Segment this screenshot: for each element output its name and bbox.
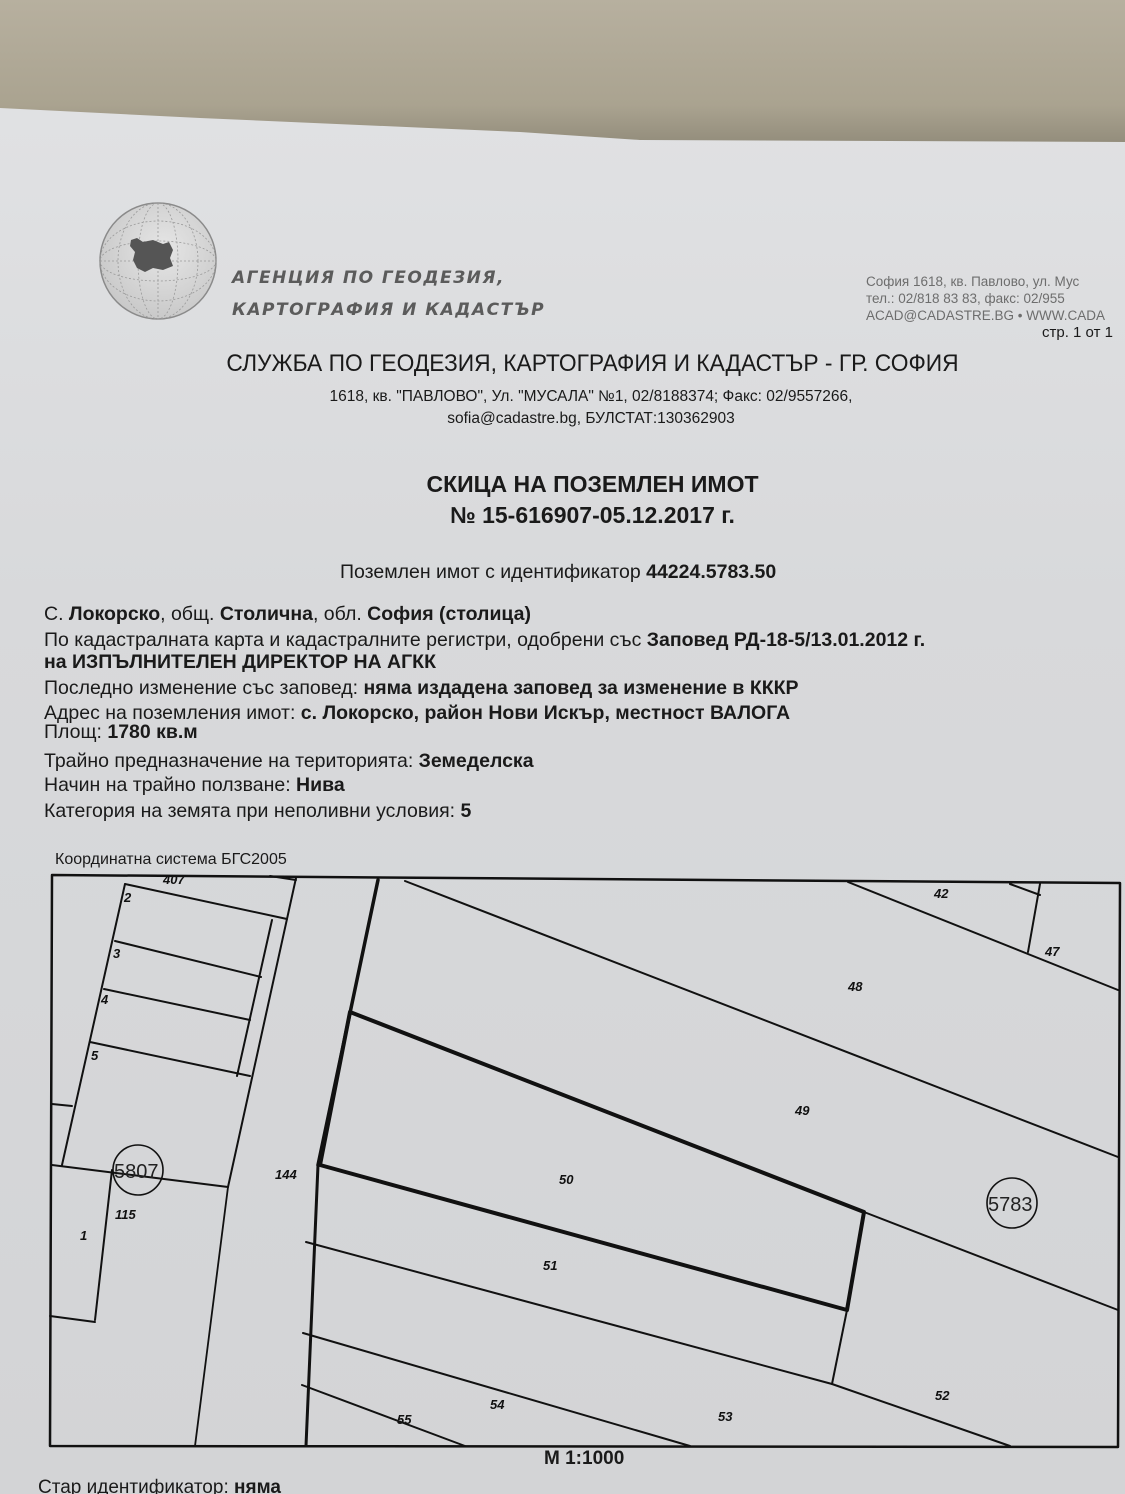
parcel-label-51: 51 [543,1258,557,1273]
parcel-label-52: 52 [935,1388,950,1403]
old-identifier-value: няма [234,1477,281,1494]
parcel-label-50: 50 [559,1172,574,1187]
document-sheet: АГЕНЦИЯ ПО ГЕОДЕЗИЯ, КАРТОГРАФИЯ И КАДАС… [0,0,1125,1494]
parcel-label-4: 4 [100,992,109,1007]
parcel-label-54: 54 [490,1397,505,1412]
parcel-label-115: 115 [115,1207,136,1222]
zone-5783-label: 5783 [988,1194,1033,1216]
parcel-label-47: 47 [1044,944,1060,959]
map-scale: М 1:1000 [544,1448,624,1470]
parcel-label-53: 53 [718,1409,733,1424]
parcel-label-407: 407 [162,872,185,887]
parcel-label-5: 5 [91,1048,99,1063]
old-identifier-line: Стар идентификатор: няма [38,1477,281,1494]
parcel-label-3: 3 [113,946,121,961]
parcel-label-1: 1 [80,1228,87,1243]
parcel-label-144: 144 [275,1167,297,1182]
parcel-label-2: 2 [123,890,132,905]
parcel-label-49: 49 [794,1103,810,1118]
parcel-label-55: 55 [397,1412,412,1427]
parcel-label-48: 48 [847,979,863,994]
parcel-label-42: 42 [933,886,949,901]
old-identifier-label: Стар идентификатор: [38,1477,234,1494]
cadastral-map: 5807 5783 407 2 3 4 5 1 115 144 42 47 48… [0,0,1125,1494]
zone-5807-label: 5807 [114,1161,159,1183]
